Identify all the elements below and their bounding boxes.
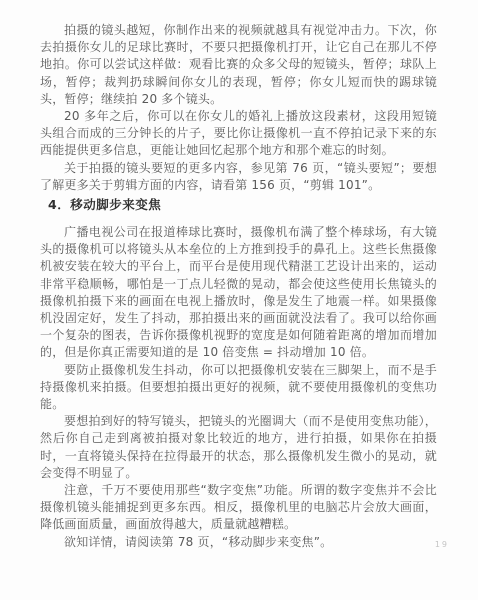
paragraph-wedding-playback: 20 多年之后，你可以在你女儿的婚礼上播放这段素材，这段用短镜头组合而成的三分钟…	[40, 108, 437, 160]
paragraph-shorter-shots: 拍摄的镜头越短，你制作出来的视频就越具有视觉冲击力。下次，你去拍摄你女儿的足球比…	[40, 22, 437, 108]
paragraph-closeup-advice: 要想拍到好的特写镜头，把镜头的光圈调大（而不是使用变焦功能），然后你自己走到离被…	[40, 413, 437, 482]
paragraph-digital-zoom-warning: 注意，千万不要使用那些“数字变焦”功能。所谓的数字变焦并不会比摄像机镜头能捕捉到…	[40, 482, 437, 534]
section-heading: 4．移动脚步来变焦	[48, 198, 437, 212]
paragraph-broadcast-cameras: 广播电视公司在报道棒球比赛时，摄像机布满了整个棒球场，有大镜头的摄像机可以将镜头…	[40, 224, 437, 362]
paragraph-tripod-advice: 要防止摄像机发生抖动，你可以把摄像机安装在三脚架上，而不是手持摄像机来拍摄。但要…	[40, 362, 437, 414]
document-page: 拍摄的镜头越短，你制作出来的视频就越具有视觉冲击力。下次，你去拍摄你女儿的足球比…	[0, 0, 478, 600]
paragraph-cross-references: 关于拍摄的镜头要短的更多内容，参见第 76 页，“镜头要短”；要想了解更多关于剪…	[40, 160, 437, 194]
paragraph-see-page-78: 欲知详情，请阅读第 78 页，“移动脚步来变焦”。	[40, 534, 437, 551]
page-number: 19	[435, 540, 449, 549]
